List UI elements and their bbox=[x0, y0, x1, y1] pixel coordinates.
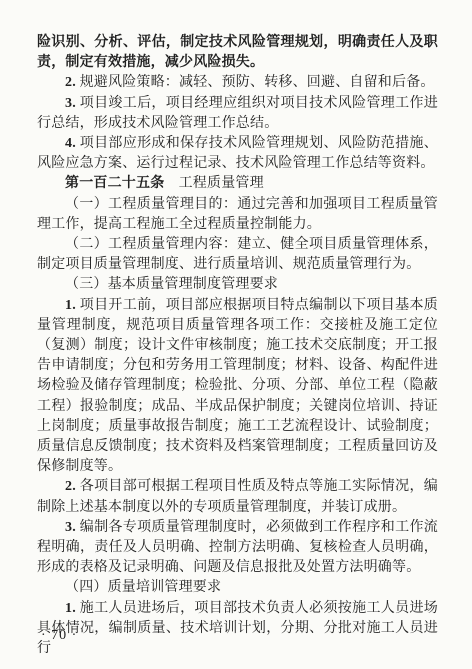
paragraph: 3. 项目竣工后，项目经理应组织对项目技术风险管理工作进行总结，形成技术风险管理… bbox=[37, 94, 438, 134]
bold-text: 险识别、分析、评估，制定技术风险管理规划，明确责任人及职责，制定有效措施，减少风… bbox=[37, 35, 438, 70]
paragraph: （四）质量培训管理要求 bbox=[37, 578, 438, 598]
paragraph: 2. 各项目部可根据工程项目性质及特点等施工实际情况，编制除上述基本制度以外的专… bbox=[37, 477, 438, 517]
paragraph: 3. 编制各专项质量管理制度时，必须做到工作程序和工作流程明确，责任及人员明确、… bbox=[37, 518, 438, 579]
bold-text: 1. bbox=[65, 298, 76, 313]
body-text: 项目部应形成和保存技术风险管理规划、风险防范措施、风险应急方案、运行过程记录、技… bbox=[37, 136, 438, 171]
article-heading: 第一百二十五条 工程质量管理 bbox=[37, 174, 438, 194]
body-text: 各项目部可根据工程项目性质及特点等施工实际情况，编制除上述基本制度以外的专项质量… bbox=[37, 479, 438, 514]
bold-text: 2. bbox=[65, 479, 76, 494]
body-text: （一）工程质量管理目的：通过完善和加强项目工程质量管理工作，提高工程施工全过程质… bbox=[37, 197, 438, 232]
bold-text: 3. bbox=[65, 96, 76, 111]
body-text: （三）基本质量管理制度管理要求 bbox=[65, 277, 278, 292]
body-text: （四）质量培训管理要求 bbox=[65, 580, 221, 595]
document-page: 险识别、分析、评估，制定技术风险管理规划，明确责任人及职责，制定有效措施，减少风… bbox=[0, 0, 472, 669]
body-text: 项目竣工后，项目经理应组织对项目技术风险管理工作进行总结，形成技术风险管理工作总… bbox=[37, 96, 438, 131]
bold-text: 2. bbox=[65, 75, 76, 90]
bold-text: 4. bbox=[65, 136, 76, 151]
bold-text: 3. bbox=[65, 520, 76, 535]
paragraph: 险识别、分析、评估，制定技术风险管理规划，明确责任人及职责，制定有效措施，减少风… bbox=[37, 33, 438, 73]
body-text: 工程质量管理 bbox=[164, 176, 263, 191]
body-text: 施工人员进场后，项目部技术负责人必须按施工人员进场具体情况，编制质量、技术培训计… bbox=[37, 601, 438, 656]
bold-text: 1. bbox=[65, 601, 76, 616]
body-text: （二）工程质量管理内容：建立、健全项目质量管理体系，制定项目质量管理制度、进行质… bbox=[37, 237, 438, 272]
paragraph: 1. 施工人员进场后，项目部技术负责人必须按施工人员进场具体情况，编制质量、技术… bbox=[37, 599, 438, 660]
document-body: 险识别、分析、评估，制定技术风险管理规划，明确责任人及职责，制定有效措施，减少风… bbox=[37, 33, 438, 659]
paragraph: 2. 规避风险策略：减轻、预防、转移、回避、自留和后备。 bbox=[37, 73, 438, 93]
body-text: 编制各专项质量管理制度时，必须做到工作程序和工作流程明确，责任及人员明确、控制方… bbox=[37, 520, 438, 575]
body-text: 规避风险策略：减轻、预防、转移、回避、自留和后备。 bbox=[76, 75, 435, 90]
body-text: 项目开工前，项目部应根据项目特点编制以下项目基本质量管理制度，规范项目质量管理各… bbox=[37, 298, 438, 475]
paragraph: （二）工程质量管理内容：建立、健全项目质量管理体系，制定项目质量管理制度、进行质… bbox=[37, 235, 438, 275]
paragraph: 1. 项目开工前，项目部应根据项目特点编制以下项目基本质量管理制度，规范项目质量… bbox=[37, 296, 438, 478]
paragraph: （一）工程质量管理目的：通过完善和加强项目工程质量管理工作，提高工程施工全过程质… bbox=[37, 195, 438, 235]
paragraph: 4. 项目部应形成和保存技术风险管理规划、风险防范措施、风险应急方案、运行过程记… bbox=[37, 134, 438, 174]
bold-text: 第一百二十五条 bbox=[65, 176, 164, 191]
page-number: · 70 · bbox=[41, 628, 77, 644]
paragraph: （三）基本质量管理制度管理要求 bbox=[37, 275, 438, 295]
